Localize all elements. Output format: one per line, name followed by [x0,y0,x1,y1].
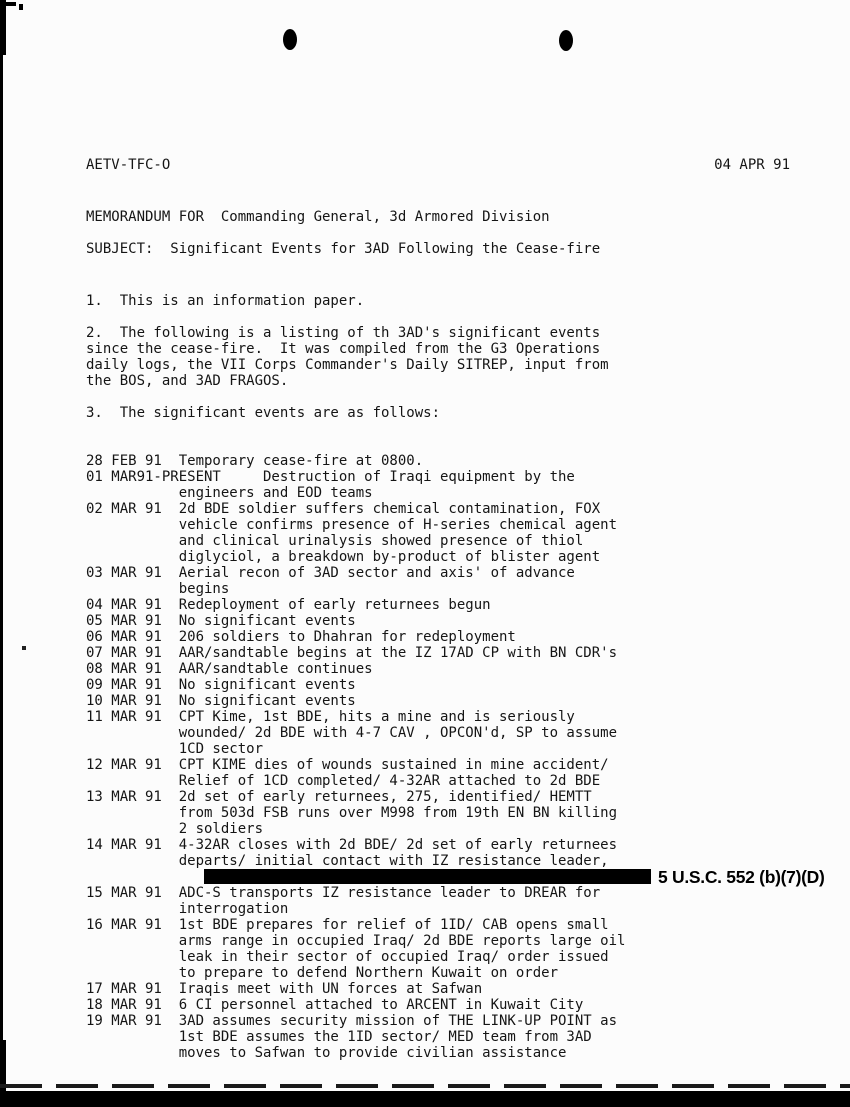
hole-punch-mark [559,30,573,51]
memo-for-line: MEMORANDUM FOR Commanding General, 3d Ar… [86,209,790,225]
event-line: leak in their sector of occupied Iraq/ o… [86,949,790,965]
paragraph-3: 3. The significant events are as follows… [86,405,790,421]
event-line: 1st BDE assumes the 1ID sector/ MED team… [86,1029,790,1045]
event-line: 05 MAR 91 No significant events [86,613,790,629]
event-line: 15 MAR 91 ADC-S transports IZ resistance… [86,885,790,901]
event-line: 17 MAR 91 Iraqis meet with UN forces at … [86,981,790,997]
event-line: 08 MAR 91 AAR/sandtable continues [86,661,790,677]
event-line: Relief of 1CD completed/ 4-32AR attached… [86,773,790,789]
event-line: 12 MAR 91 CPT KIME dies of wounds sustai… [86,757,790,773]
event-line: arms range in occupied Iraq/ 2d BDE repo… [86,933,790,949]
scanned-memo-page: AETV-TFC-O 04 APR 91 MEMORANDUM FOR Comm… [0,0,850,1107]
event-line: 14 MAR 91 4-32AR closes with 2d BDE/ 2d … [86,837,790,853]
event-line: from 503d FSB runs over M998 from 19th E… [86,805,790,821]
scan-corner-tick [0,2,16,6]
paragraph-1: 1. This is an information paper. [86,293,790,309]
event-line: 2 soldiers [86,821,790,837]
event-line: 1CD sector [86,741,790,757]
event-line: 13 MAR 91 2d set of early returnees, 275… [86,789,790,805]
event-line: 28 FEB 91 Temporary cease-fire at 0800. [86,453,790,469]
event-line: 09 MAR 91 No significant events [86,677,790,693]
scan-bottom-dashes [0,1084,850,1088]
event-line: 16 MAR 91 1st BDE prepares for relief of… [86,917,790,933]
event-line: moves to Safwan to provide civilian assi… [86,1045,790,1061]
event-line: 18 MAR 91 6 CI personnel attached to ARC… [86,997,790,1013]
subject-line: SUBJECT: Significant Events for 3AD Foll… [86,241,790,257]
memo-header-row: AETV-TFC-O 04 APR 91 [86,157,790,173]
event-line: engineers and EOD teams [86,485,790,501]
memo-content: AETV-TFC-O 04 APR 91 MEMORANDUM FOR Comm… [86,157,790,1061]
event-line: 06 MAR 91 206 soldiers to Dhahran for re… [86,629,790,645]
event-line: to prepare to defend Northern Kuwait on … [86,965,790,981]
event-line: 19 MAR 91 3AD assumes security mission o… [86,1013,790,1029]
event-line: vehicle confirms presence of H-series ch… [86,517,790,533]
event-line: begins [86,581,790,597]
event-line: 01 MAR91-PRESENT Destruction of Iraqi eq… [86,469,790,485]
redaction-indent [86,870,204,886]
event-line: and clinical urinalysis showed presence … [86,533,790,549]
scan-bottom-band [0,1091,850,1107]
event-line: 04 MAR 91 Redeployment of early returnee… [86,597,790,613]
scan-corner-mark [0,0,6,55]
scan-corner-hook [19,4,23,10]
event-line: 07 MAR 91 AAR/sandtable begins at the IZ… [86,645,790,661]
memo-date: 04 APR 91 [714,157,790,173]
event-line: 02 MAR 91 2d BDE soldier suffers chemica… [86,501,790,517]
events-list: 28 FEB 91 Temporary cease-fire at 0800.0… [86,453,790,1061]
scan-stray-dot [22,646,26,650]
scan-edge-line [0,0,3,1100]
event-line: wounded/ 2d BDE with 4-7 CAV , OPCON'd, … [86,725,790,741]
paragraph-2: 2. The following is a listing of th 3AD'… [86,325,790,389]
event-line: interrogation [86,901,790,917]
redaction-citation: 5 U.S.C. 552 (b)(7)(D) [651,867,824,887]
redaction-bar [204,869,651,884]
redacted-line: 5 U.S.C. 552 (b)(7)(D) [86,869,790,885]
event-line: 10 MAR 91 No significant events [86,693,790,709]
office-symbol: AETV-TFC-O [86,157,170,173]
event-line: 11 MAR 91 CPT Kime, 1st BDE, hits a mine… [86,709,790,725]
event-line: diglyciol, a breakdown by-product of bli… [86,549,790,565]
hole-punch-mark [283,29,297,50]
event-line: 03 MAR 91 Aerial recon of 3AD sector and… [86,565,790,581]
